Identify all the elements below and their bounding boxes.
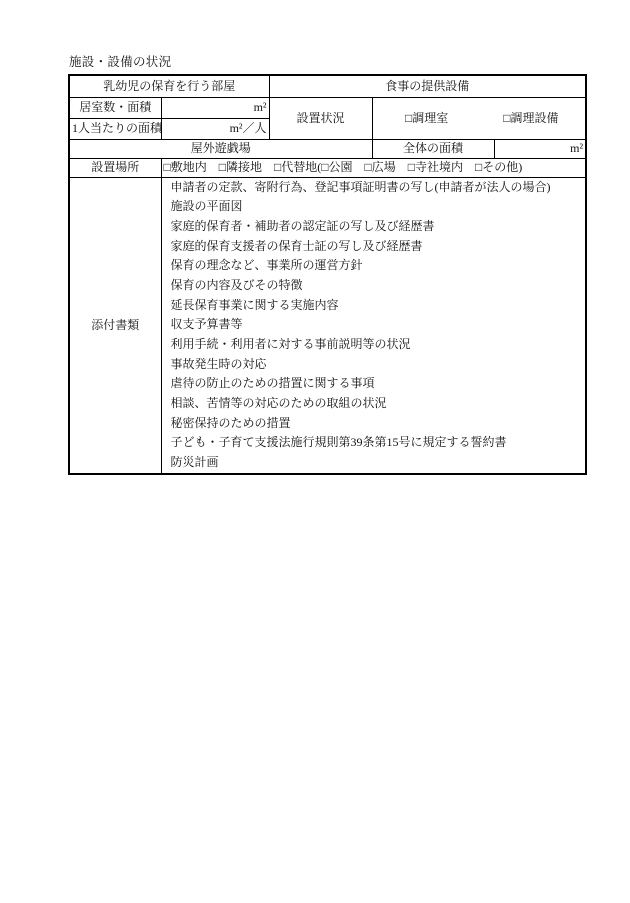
attachment-item: 相談、苦情等の対応のための取組の状況 <box>164 394 584 414</box>
attachment-item: 防災計画 <box>164 453 584 473</box>
attachments-list-cell: 申請者の定款、寄附行為、登記事項証明書の写し(申請者が法人の場合) 施設の平面図… <box>161 177 586 474</box>
attachments-row: 添付書類 申請者の定款、寄附行為、登記事項証明書の写し(申請者が法人の場合) 施… <box>69 177 586 474</box>
meal-options: □調理室 □調理設備 <box>375 111 584 126</box>
attachment-item: 保育の理念など、事業所の運営方針 <box>164 256 584 276</box>
per-person-area-label: 1人当たりの面積 <box>69 118 161 139</box>
room-count-area-value: m² <box>161 97 269 118</box>
attachments-label: 添付書類 <box>69 177 161 474</box>
attachment-item: 保育の内容及びその特徴 <box>164 276 584 296</box>
attachment-item: 利用手続・利用者に対する事前説明等の状況 <box>164 335 584 355</box>
location-row: 設置場所 □敷地内 □隣接地 □代替地(□公園 □広場 □寺社境内 □その他) <box>69 158 586 177</box>
total-area-label: 全体の面積 <box>372 139 494 158</box>
per-person-area-value: m²／人 <box>161 118 269 139</box>
attachment-item: 秘密保持のための措置 <box>164 414 584 434</box>
location-checkbox-options: □敷地内 □隣接地 □代替地(□公園 □広場 □寺社境内 □その他) <box>161 158 586 177</box>
attachment-item: 事故発生時の対応 <box>164 355 584 375</box>
kitchen-equipment-checkbox-option: □調理設備 <box>479 111 583 126</box>
installation-status-label: 設置状況 <box>269 97 372 139</box>
attachment-item: 家庭的保育支援者の保育士証の写し及び経歴書 <box>164 237 584 257</box>
header-row: 乳幼児の保育を行う部屋 食事の提供設備 <box>69 75 586 97</box>
meal-options-cell: □調理室 □調理設備 <box>372 97 586 139</box>
meal-section-header: 食事の提供設備 <box>269 75 586 97</box>
playground-label: 屋外遊戯場 <box>69 139 372 158</box>
total-area-value: m² <box>494 139 586 158</box>
attachment-item: 延長保育事業に関する実施内容 <box>164 296 584 316</box>
attachment-item: 虐待の防止のための措置に関する事項 <box>164 374 584 394</box>
room-count-area-label: 居室数・面積 <box>69 97 161 118</box>
attachment-item: 施設の平面図 <box>164 197 584 217</box>
kitchen-room-checkbox-option: □調理室 <box>375 111 479 126</box>
room-section-header: 乳幼児の保育を行う部屋 <box>69 75 269 97</box>
room-area-row: 居室数・面積 m² 設置状況 □調理室 □調理設備 <box>69 97 586 118</box>
document-page: 施設・設備の状況 乳幼児の保育を行う部屋 食事の提供設備 居室数・面積 m² 設… <box>0 0 630 903</box>
attachment-item: 子ども・子育て支援法施行規則第39条第15号に規定する誓約書 <box>164 433 584 453</box>
attachment-item: 家庭的保育者・補助者の認定証の写し及び経歴書 <box>164 217 584 237</box>
attachment-item: 収支予算書等 <box>164 315 584 335</box>
playground-row: 屋外遊戯場 全体の面積 m² <box>69 139 586 158</box>
location-label: 設置場所 <box>69 158 161 177</box>
document-title: 施設・設備の状況 <box>69 52 171 70</box>
attachment-item: 申請者の定款、寄附行為、登記事項証明書の写し(申請者が法人の場合) <box>164 178 584 198</box>
facility-table: 乳幼児の保育を行う部屋 食事の提供設備 居室数・面積 m² 設置状況 □調理室 … <box>68 74 587 475</box>
